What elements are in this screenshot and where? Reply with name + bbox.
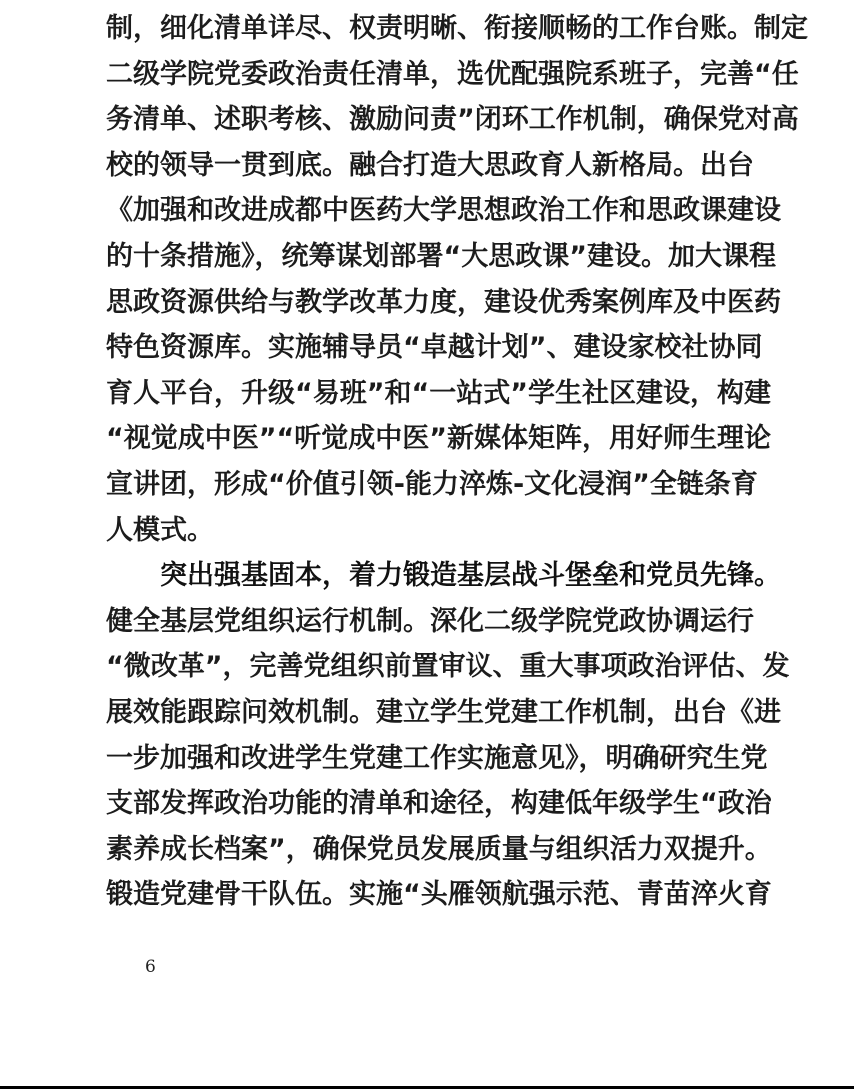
text-line: 校的领导一贯到底。融合打造大思政育人新格局。出台 xyxy=(106,143,750,189)
text-line: 制，细化清单详尽、权责明晰、衔接顺畅的工作台账。制定 xyxy=(106,6,750,52)
text-line: 的十条措施》，统筹谋划部署“大思政课”建设。加大课程 xyxy=(106,234,750,280)
text-line: 支部发挥政治功能的清单和途径，构建低年级学生“政治 xyxy=(106,781,750,827)
text-line: 展效能跟踪问效机制。建立学生党建工作机制，出台《进 xyxy=(106,690,750,736)
text-line: 素养成长档案”，确保党员发展质量与组织活力双提升。 xyxy=(106,827,750,873)
text-line: 二级学院党委政治责任清单，选优配强院系班子，完善“任 xyxy=(106,52,750,98)
text-line: 宣讲团，形成“价值引领-能力淬炼-文化浸润”全链条育 xyxy=(106,462,750,508)
text-line: 锻造党建骨干队伍。实施“头雁领航强示范、青苗淬火育 xyxy=(106,872,750,918)
text-line: 务清单、述职考核、激励问责”闭环工作机制，确保党对高 xyxy=(106,97,750,143)
text-line: 一步加强和改进学生党建工作实施意见》，明确研究生党 xyxy=(106,736,750,782)
text-line-paragraph-end: 人模式。 xyxy=(106,508,750,554)
text-line: 《加强和改进成都中医药大学思想政治工作和思政课建设 xyxy=(106,188,750,234)
text-line: “视觉成中医”“听觉成中医”新媒体矩阵，用好师生理论 xyxy=(106,416,750,462)
text-line: 特色资源库。实施辅导员“卓越计划”、建设家校社协同 xyxy=(106,325,750,371)
page-number: 6 xyxy=(145,957,156,977)
text-line: “微改革”，完善党组织前置审议、重大事项政治评估、发 xyxy=(106,644,750,690)
text-line: 思政资源供给与教学改革力度，建设优秀案例库及中医药 xyxy=(106,280,750,326)
document-page: 制，细化清单详尽、权责明晰、衔接顺畅的工作台账。制定 二级学院党委政治责任清单，… xyxy=(106,6,750,918)
section-heading: 突出强基固本，着力锻造基层战斗堡垒和党员先锋。 xyxy=(106,553,750,599)
text-line: 育人平台，升级“易班”和“一站式”学生社区建设，构建 xyxy=(106,371,750,417)
text-line: 健全基层党组织运行机制。深化二级学院党政协调运行 xyxy=(106,599,750,645)
